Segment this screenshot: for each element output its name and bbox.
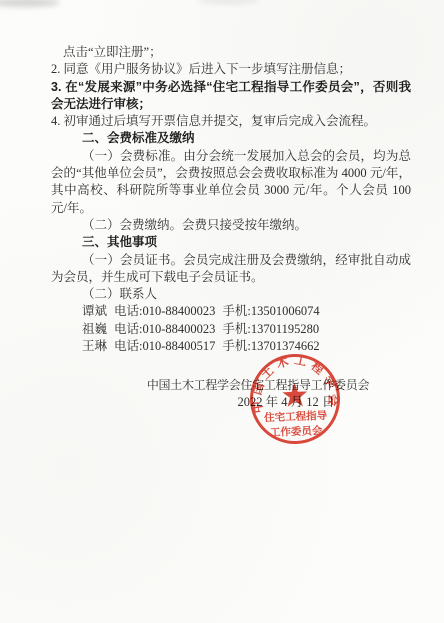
contact-row: 祖巍电话:010-88400023手机:13701195280 — [51, 321, 411, 338]
seal-arc-text: 中国土木工程学会 — [247, 350, 342, 414]
star-icon — [282, 383, 308, 407]
paragraph-contacts-label: （二）联系人 — [51, 286, 411, 303]
list-item-4: 4. 初审通过后填写开票信息并提交，复审后完成入会流程。 — [51, 113, 411, 130]
document-page: 点击“立即注册”； 2. 同意《用户服务协议》后进入下一步填写注册信息； 3. … — [0, 0, 444, 623]
paragraph-certificate: （一）会员证书。会员完成注册及会费缴纳，经审批自动成为会员，并生成可下载电子会员… — [51, 252, 411, 287]
seal-inner-line1: 住宅工程指导 — [264, 409, 328, 424]
paragraph-fee-standard: （一）会费标准。由分会统一发展加入总会的会员，均为总会的“其他单位会员”，会费按… — [51, 148, 411, 217]
list-item-continuation: 点击“立即注册”； — [51, 44, 411, 61]
seal-arc-text-holder: 中国土木工程学会 — [247, 350, 342, 414]
contact-name: 王琳 — [82, 339, 107, 353]
section-heading-fees: 二、会费标准及缴纳 — [51, 130, 411, 147]
contact-row: 王琳电话:010-88400517手机:13701374662 — [51, 338, 411, 355]
scan-smudge — [198, 0, 260, 4]
contact-phone: 电话:010-88400023 — [114, 322, 215, 336]
contact-mobile: 手机:13701195280 — [222, 322, 319, 336]
official-seal: 中国土木工程学会 住宅工程指导 工作委员会 — [233, 337, 357, 461]
contact-name: 谭斌 — [82, 304, 107, 318]
scan-smudge — [0, 0, 60, 7]
paragraph-fee-payment: （二）会费缴纳。会费只接受按年缴纳。 — [51, 217, 411, 234]
seal-inner-line2: 工作委员会 — [270, 424, 323, 439]
contact-mobile: 手机:13501006074 — [222, 304, 319, 318]
contact-phone: 电话:010-88400023 — [114, 304, 215, 318]
contact-phone: 电话:010-88400517 — [114, 339, 215, 353]
contact-name: 祖巍 — [82, 322, 107, 336]
contact-row: 谭斌电话:010-88400023手机:13501006074 — [51, 303, 411, 320]
section-heading-other: 三、其他事项 — [51, 234, 411, 251]
list-item-2: 2. 同意《用户服务协议》后进入下一步填写注册信息； — [51, 61, 411, 78]
list-item-3: 3. 在“发展来源”中务必选择“住宅工程指导工作委员会”，否则我会无法进行审核； — [51, 79, 411, 114]
document-body: 点击“立即注册”； 2. 同意《用户服务协议》后进入下一步填写注册信息； 3. … — [51, 44, 411, 355]
